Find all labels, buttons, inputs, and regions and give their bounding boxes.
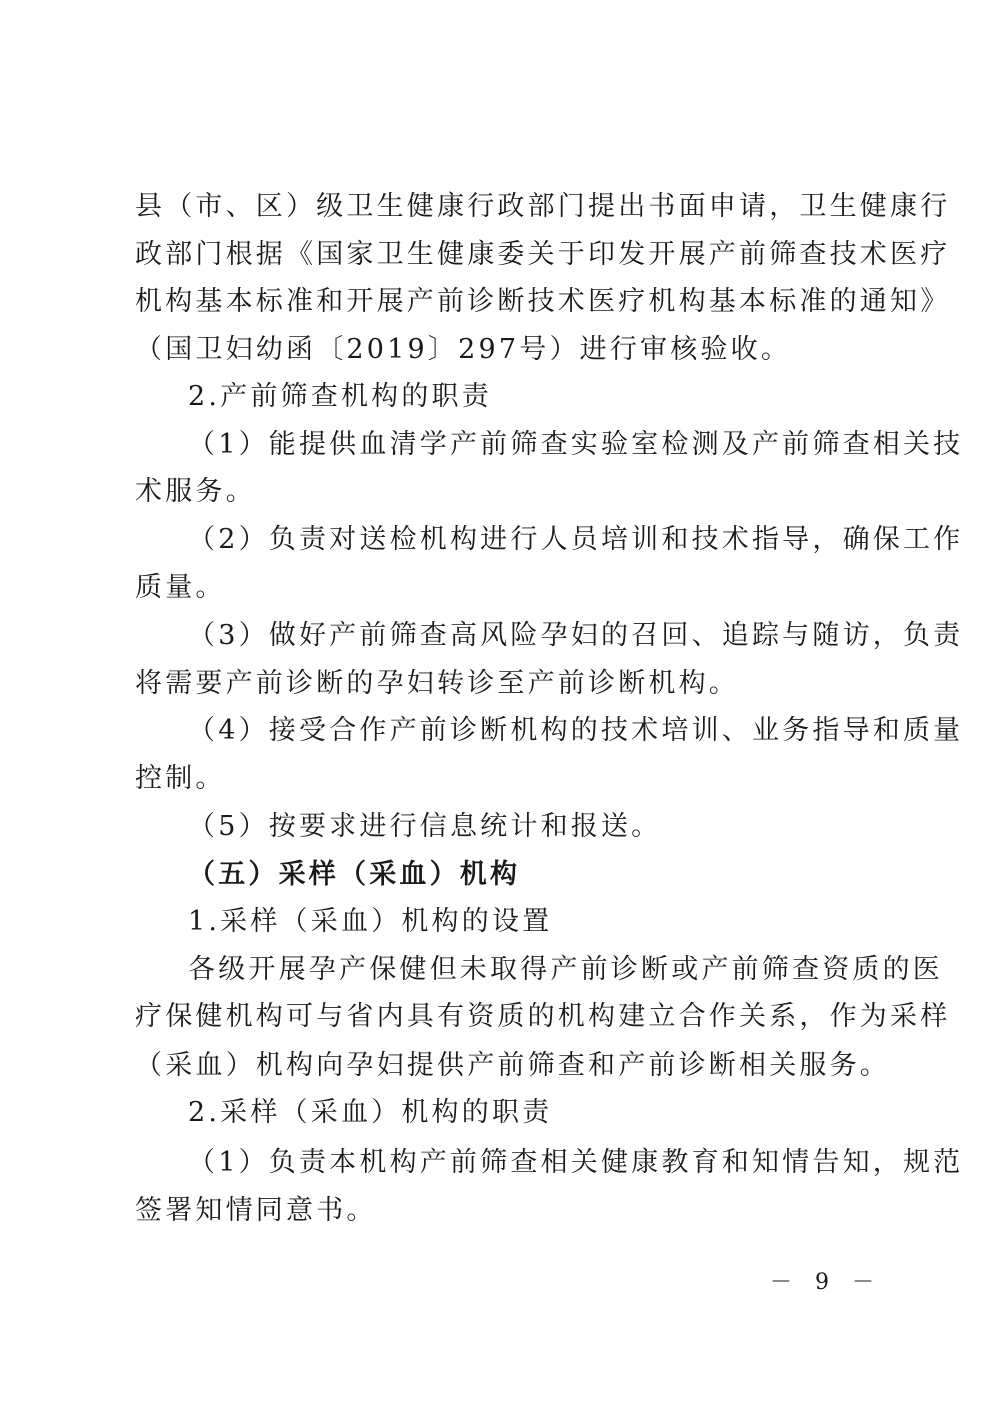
body-text-line: 疗保健机构可与省内具有资质的机构建立合作关系，作为采样 bbox=[135, 1000, 870, 1034]
document-page: 县（市、区）级卫生健康行政部门提出书面申请，卫生健康行 政部门根据《国家卫生健康… bbox=[0, 0, 1000, 1414]
list-item-continuation: 签署知情同意书。 bbox=[135, 1194, 870, 1228]
subsection-heading: 1.采样（采血）机构的设置 bbox=[188, 905, 870, 939]
body-text-line: 政部门根据《国家卫生健康委关于印发开展产前筛查技术医疗 bbox=[135, 238, 870, 272]
body-text-line: 各级开展孕产保健但未取得产前诊断或产前筛查资质的医 bbox=[188, 953, 870, 987]
list-item-continuation: 术服务。 bbox=[135, 475, 870, 509]
list-item: （4）接受合作产前诊断机构的技术培训、业务指导和质量 bbox=[188, 714, 870, 748]
list-item-continuation: 将需要产前诊断的孕妇转诊至产前诊断机构。 bbox=[135, 667, 870, 701]
list-item-continuation: 质量。 bbox=[135, 571, 870, 605]
list-item: （3）做好产前筛查高风险孕妇的召回、追踪与随访，负责 bbox=[188, 619, 870, 653]
subsection-heading: 2.采样（采血）机构的职责 bbox=[188, 1096, 870, 1130]
list-item: （2）负责对送检机构进行人员培训和技术指导，确保工作 bbox=[188, 523, 870, 557]
list-item: （5）按要求进行信息统计和报送。 bbox=[188, 810, 870, 844]
list-item-continuation: 控制。 bbox=[135, 762, 870, 796]
section-heading: （五）采样（采血）机构 bbox=[188, 858, 870, 892]
subsection-heading: 2.产前筛查机构的职责 bbox=[188, 380, 870, 414]
body-text-line: （国卫妇幼函〔2019〕297号）进行审核验收。 bbox=[135, 333, 870, 367]
list-item: （1）负责本机构产前筛查相关健康教育和知情告知，规范 bbox=[188, 1146, 870, 1180]
body-text-line: （采血）机构向孕妇提供产前筛查和产前诊断相关服务。 bbox=[135, 1049, 870, 1083]
list-item: （1）能提供血清学产前筛查实验室检测及产前筛查相关技 bbox=[188, 428, 870, 462]
page-number: － 9 － bbox=[770, 1265, 882, 1296]
body-text-line: 县（市、区）级卫生健康行政部门提出书面申请，卫生健康行 bbox=[135, 190, 870, 224]
body-text-line: 机构基本标准和开展产前诊断技术医疗机构基本标准的通知》 bbox=[135, 285, 870, 319]
